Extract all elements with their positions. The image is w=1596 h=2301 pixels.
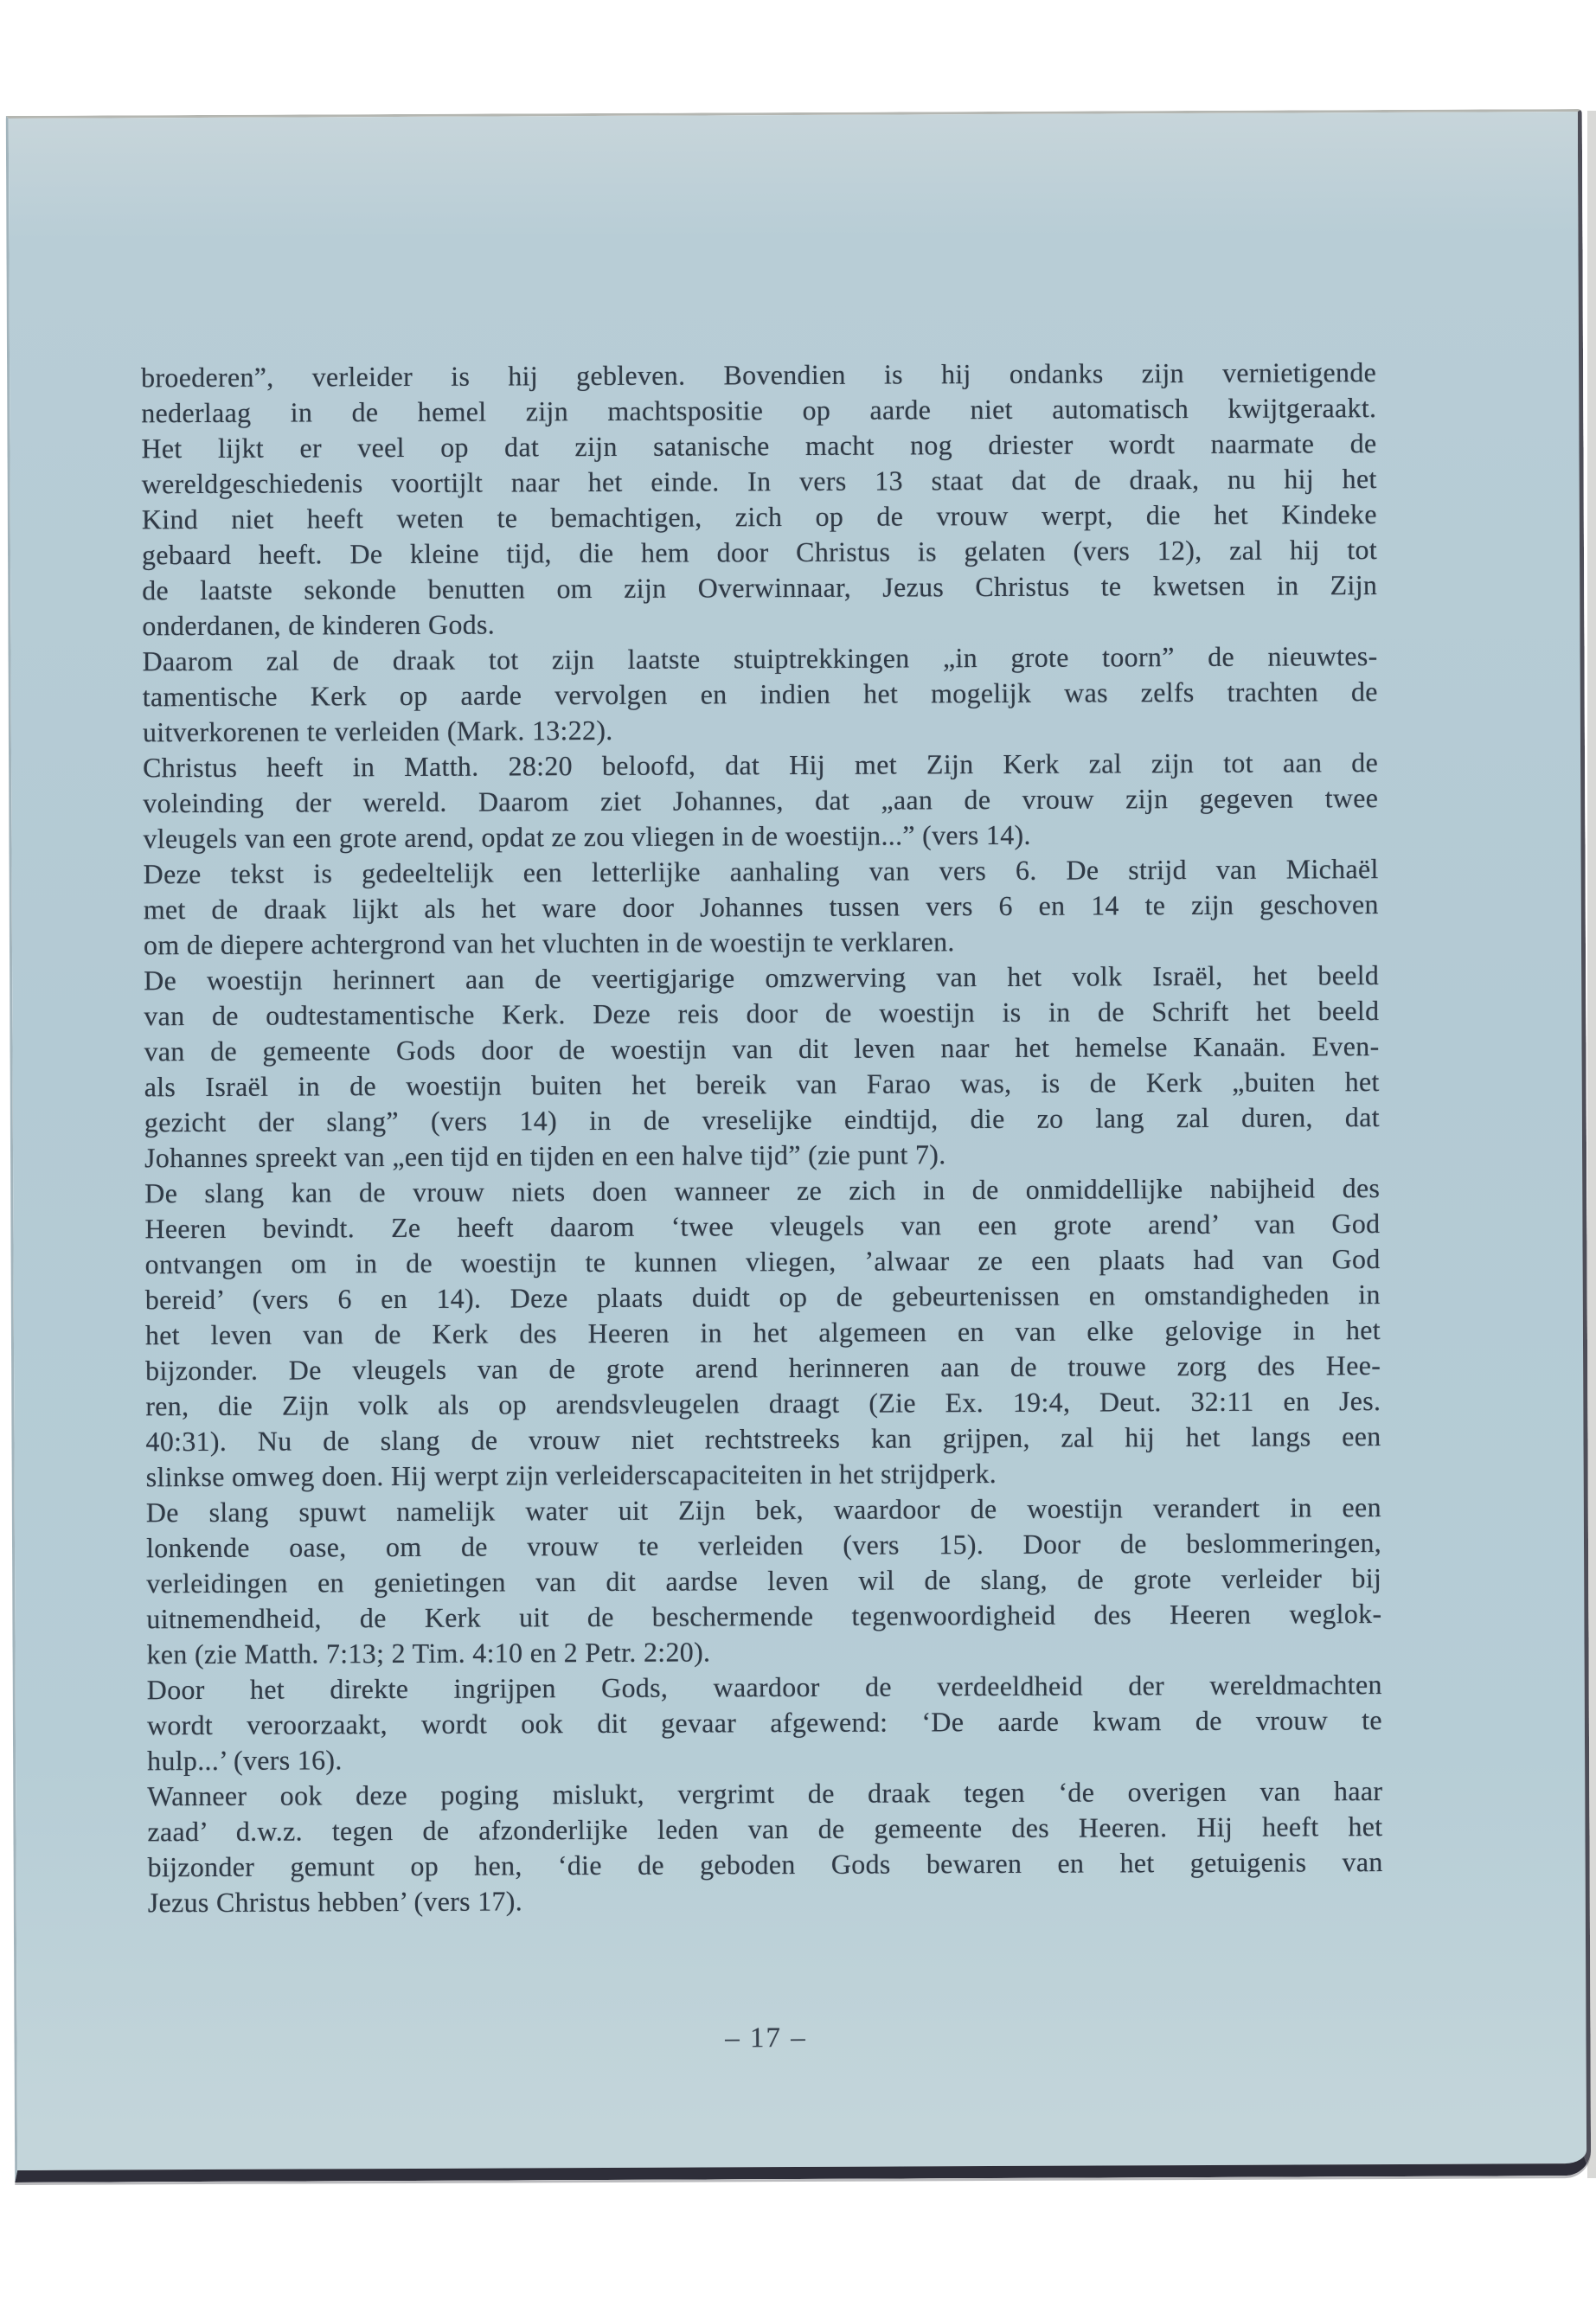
text-line: om de diepere achtergrond van het vlucht…: [144, 922, 1379, 963]
text-line: Johannes spreekt van „een tijd en tijden…: [144, 1135, 1380, 1176]
text-block: broederen”, verleider is hij gebleven. B…: [141, 355, 1383, 1920]
paragraph: Wanneer ook deze poging mislukt, vergrim…: [147, 1773, 1383, 1920]
text-line: slinkse omweg doen. Hij werpt zijn verle…: [146, 1454, 1381, 1495]
text-line: lonkende oase, om de vrouw te verleiden …: [146, 1525, 1381, 1566]
text-line: Kind niet heeft weten te bemachtigen, zi…: [142, 497, 1377, 537]
text-line: ren, die Zijn volk als op arendsvleugele…: [145, 1383, 1381, 1424]
text-line: hulp...’ (vers 16).: [147, 1738, 1382, 1779]
text-line: ontvangen om in de woestijn te kunnen vl…: [145, 1241, 1381, 1282]
text-line: De slang kan de vrouw niets doen wanneer…: [144, 1170, 1380, 1211]
text-line: van de gemeente Gods door de woestijn va…: [144, 1029, 1379, 1069]
book-page: broederen”, verleider is hij gebleven. B…: [6, 109, 1591, 2182]
text-line: Wanneer ook deze poging mislukt, vergrim…: [147, 1773, 1382, 1814]
text-line: met de draak lijkt als het ware door Joh…: [144, 887, 1379, 927]
text-line: Daarom zal de draak tot zijn laatste stu…: [142, 638, 1377, 679]
text-line: Jezus Christus hebben’ (vers 17).: [148, 1880, 1383, 1920]
text-line: bereid’ (vers 6 en 14). Deze plaats duid…: [145, 1277, 1381, 1317]
paragraph: Door het direkte ingrijpen Gods, waardoo…: [147, 1667, 1383, 1779]
page-number: – 17 –: [148, 2020, 1383, 2057]
text-line: van de oudtestamentische Kerk. Deze reis…: [144, 993, 1379, 1034]
text-line: Door het direkte ingrijpen Gods, waardoo…: [147, 1667, 1382, 1708]
text-line: zaad’ d.w.z. tegen de afzonderlijke lede…: [147, 1809, 1382, 1849]
text-line: 40:31). Nu de slang de vrouw niet rechts…: [145, 1419, 1381, 1459]
text-line: verleidingen en genietingen van dit aard…: [146, 1561, 1381, 1601]
text-line: tamentische Kerk op aarde vervolgen en i…: [143, 674, 1378, 715]
text-line: ken (zie Matth. 7:13; 2 Tim. 4:10 en 2 P…: [146, 1631, 1381, 1672]
text-line: Heeren bevindt. Ze heeft daarom ‘twee vl…: [144, 1206, 1380, 1247]
text-line: uitverkorenen te verleiden (Mark. 13:22)…: [143, 709, 1378, 750]
text-line: bijzonder. De vleugels van de grote aren…: [145, 1348, 1381, 1388]
text-line: broederen”, verleider is hij gebleven. B…: [141, 355, 1376, 395]
text-line: gezicht der slang” (vers 14) in de vrese…: [144, 1099, 1380, 1140]
paragraph: Deze tekst is gedeeltelijk een letterlij…: [144, 851, 1380, 963]
text-line: Christus heeft in Matth. 28:20 beloofd, …: [143, 745, 1378, 785]
text-line: Het lijkt er veel op dat zijn satanische…: [141, 426, 1376, 466]
text-line: onderdanen, de kinderen Gods.: [142, 603, 1377, 644]
text-line: voleinding der wereld. Daarom ziet Johan…: [143, 780, 1378, 821]
paragraph: Christus heeft in Matth. 28:20 beloofd, …: [143, 745, 1379, 856]
paragraph: Daarom zal de draak tot zijn laatste stu…: [142, 638, 1378, 750]
text-line: vleugels van een grote arend, opdat ze z…: [143, 816, 1378, 856]
paragraph: broederen”, verleider is hij gebleven. B…: [141, 355, 1377, 644]
text-line: bijzonder gemunt op hen, ‘die de geboden…: [148, 1844, 1383, 1885]
text-line: Deze tekst is gedeeltelijk een letterlij…: [144, 851, 1379, 892]
text-line: uitnemendheid, de Kerk uit de beschermen…: [146, 1596, 1381, 1637]
text-line: De slang spuwt namelijk water uit Zijn b…: [146, 1490, 1381, 1530]
text-line: gebaard heeft. De kleine tijd, die hem d…: [142, 532, 1377, 573]
scanned-document: broederen”, verleider is hij gebleven. B…: [0, 0, 1596, 2301]
paragraph: De woestijn herinnert aan de veertigjari…: [144, 958, 1380, 1176]
text-line: nederlaag in de hemel zijn machtspositie…: [141, 390, 1376, 431]
text-line: wereldgeschiedenis voortijlt naar het ei…: [142, 461, 1377, 502]
text-line: de laatste sekonde benutten om zijn Over…: [142, 567, 1377, 608]
text-line: als Israël in de woestijn buiten het ber…: [144, 1064, 1380, 1105]
paragraph: De slang spuwt namelijk water uit Zijn b…: [146, 1490, 1382, 1672]
text-line: De woestijn herinnert aan de veertigjari…: [144, 958, 1379, 998]
paragraph: De slang kan de vrouw niets doen wanneer…: [144, 1170, 1381, 1495]
text-line: het leven van de Kerk des Heeren in het …: [145, 1312, 1381, 1353]
text-line: wordt veroorzaakt, wordt ook dit gevaar …: [147, 1702, 1382, 1743]
